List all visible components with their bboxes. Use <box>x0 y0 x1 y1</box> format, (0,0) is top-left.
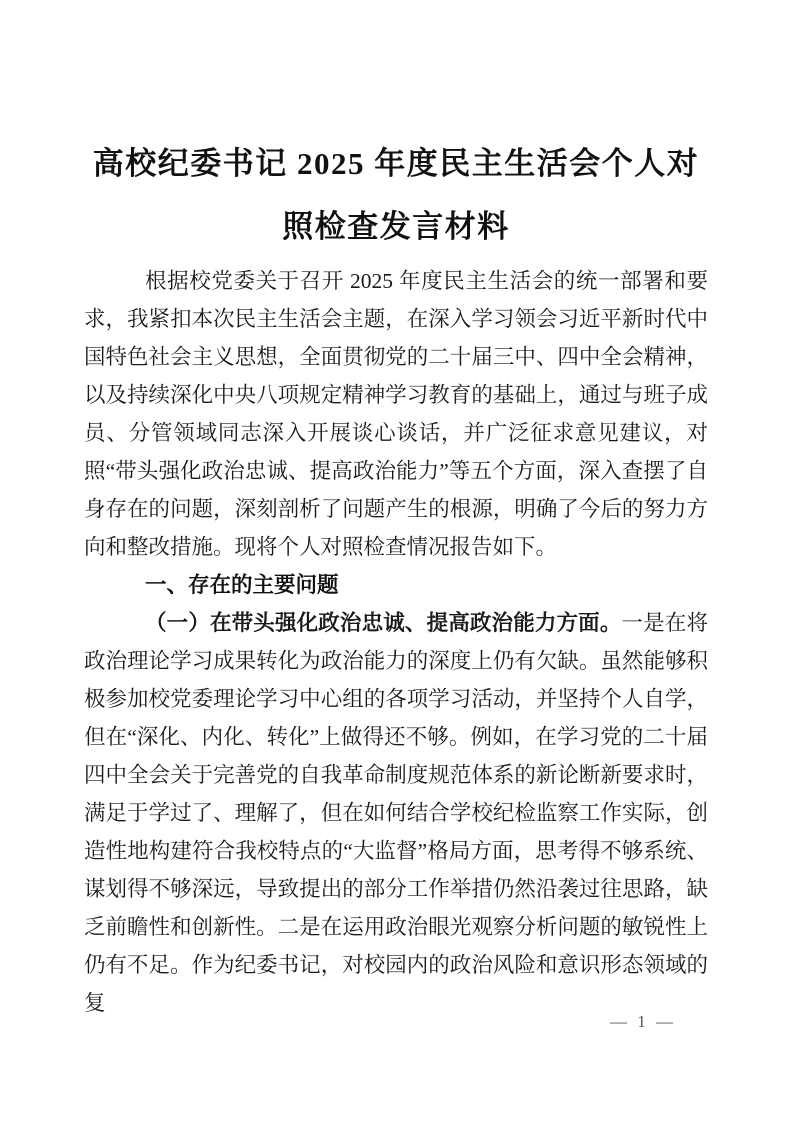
intro-paragraph: 根据校党委关于召开 2025 年度民主生活会的统一部署和要求，我紧扣本次民主生活… <box>84 262 708 566</box>
page-number: — 1 — <box>610 1010 676 1034</box>
section-heading-1: 一、存在的主要问题 <box>84 566 708 604</box>
subsection-text: 一是在将政治理论学习成果转化为政治能力的深度上仍有欠缺。虽然能够积极参加校党委理… <box>84 611 708 1015</box>
subsection-paragraph-1: （一）在带头强化政治忠诚、提高政治能力方面。一是在将政治理论学习成果转化为政治能… <box>84 604 708 1022</box>
document-title: 高校纪委书记 2025 年度民主生活会个人对照检查发言材料 <box>84 132 708 258</box>
document-page: 高校纪委书记 2025 年度民主生活会个人对照检查发言材料 根据校党委关于召开 … <box>0 0 793 1122</box>
document-content: 高校纪委书记 2025 年度民主生活会个人对照检查发言材料 根据校党委关于召开 … <box>84 132 708 1022</box>
subsection-lead: （一）在带头强化政治忠诚、提高政治能力方面。 <box>145 611 622 635</box>
